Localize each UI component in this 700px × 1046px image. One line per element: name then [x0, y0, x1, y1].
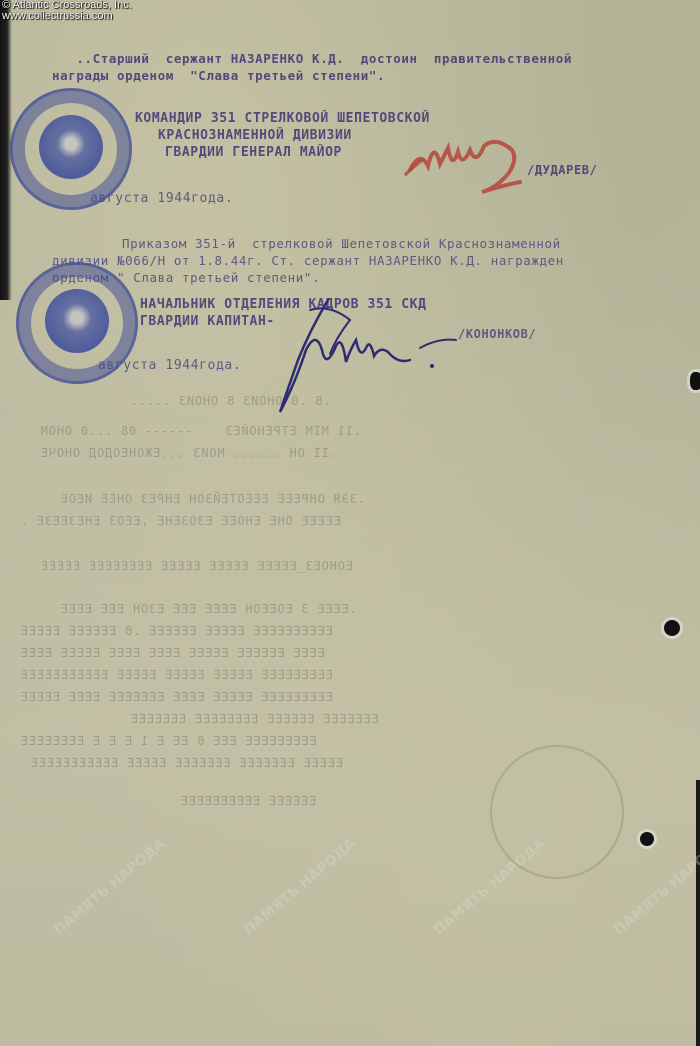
- official-stamp: [10, 88, 132, 210]
- order-line-2: дивизии №066/Н от 1.8.44г. Ст. сержант Н…: [52, 252, 564, 269]
- commander-title-line-1: КОМАНДИР 351 СТРЕЛКОВОЙ ШЕПЕТОВСКОЙ: [135, 110, 430, 127]
- recommendation-line-1: ..Старший сержант НАЗАРЕНКО К.Д. достоин…: [52, 50, 572, 67]
- bleed-through-text: ЕЕЕЕЕЕЕЕЕ ЕЕЕЕЕ ЕЕЕЕЕ ЕЕЕЕЕ ЕЕЕЕЕЕЕЕЕЕЕ: [20, 664, 333, 686]
- official-stamp: [16, 262, 138, 384]
- faint-stamp-mark: [490, 745, 624, 879]
- punch-hole: [664, 620, 680, 636]
- commander-rank: ГВАРДИИ ГЕНЕРАЛ МАЙОР: [165, 144, 342, 161]
- bleed-through-text: .8 .0 ОНОИЗ 8 ОНОИЗ .....: [130, 390, 331, 412]
- bleed-through-text: ЕЕЕЕЕЕЕЕЕ ЕЕЕ 0 ЕЕ Е 1 Е Е Е ЕЕЕЕЕЕЕЕ: [20, 730, 317, 752]
- bleed-through-text: .ЗЭЯ ОНРЕЕЕ ЕЕЕОТЕЙЗОН ЕНРЕЗ ОНЕЕ ИЕОЕ: [60, 488, 365, 510]
- bleed-through-text: ЕОНОЕЗ_ЕЕЕЕЕ ЕЕЕЕЕ ЕЕЕЕЕ ЕЕЕЕЕЕЕЕ ЕЕЕЕЕ: [40, 555, 353, 577]
- recommendation-line-2: награды орденом "Слава третьей степени".: [52, 67, 385, 84]
- site-watermark: ПАМЯТЬ НАРОДА: [52, 837, 169, 939]
- scan-right-edge: [696, 780, 700, 1046]
- bleed-through-text: ЕЕЕЕЕЕЕЕЕ ЕЕЕЕЕ ЕЕЕЕ ЕЕЕЕЕЕЕ ЕЕЕЕ ЕЕЕЕЕ: [20, 686, 333, 708]
- bleed-through-text: ЕЕЕЕЕ ОНЕ ЕНОЕЕ ЕЗОЗЕНЕ ,ЕЕОЗ ЕНЕЗЕЕЗЕ .: [20, 510, 341, 532]
- bleed-through-text: ЕЕЕЕЕЕЕЕЕЕ ЕЕЕЕЕ ЕЕЕЕЕЕ .0 ЕЕЕЕЕЕ ЕЕЕЕЕ: [20, 620, 333, 642]
- stamp-emblem: [39, 115, 103, 179]
- copyright-credit: © Atlantic Crossroads, Inc. www.collectr…: [2, 0, 132, 22]
- bleed-through-text: .11 MIM ЕТРЕНОЙЕЗ ------ 08 ...0 ОНОМ: [40, 420, 361, 442]
- chief-rank: ГВАРДИИ КАПИТАН-: [140, 313, 275, 330]
- bleed-through-text: ЕЕЕЕЕ ЕЕЕЕЕЕЕ ЕЕЕЕЕЕЕ ЕЕЕЕЕ ЕЕЕЕЕЕЕЕЕЕЕ: [30, 752, 343, 774]
- site-watermark: ПАМЯТЬ НАРОДА: [242, 837, 359, 939]
- bleed-through-text: ЕЕЕЕЕЕЕ ЕЕЕЕЕЕ ЕЕЕЕЕЕЕЕ ЕЕЕЕЕЕЕ: [130, 708, 379, 730]
- stamp-emblem: [45, 289, 109, 353]
- punch-hole: [640, 832, 654, 846]
- bleed-through-text: ЕЕЕЕ ЕЕЕЕЕЕ ЕЕЕЕЕ ЕЕЕЕ ЕЕЕЕ ЕЕЕЕЕ ЕЕЕЕ: [20, 642, 325, 664]
- bleed-through-text: .II ОН ...... МОИЗ ...ЕЖОНЕОДОД ОНОЧЕ: [40, 442, 337, 464]
- bleed-through-text: ЕЕЕЕЕЕ ЕЕЕЕЕЕЕЕЕЕ: [180, 790, 316, 812]
- site-watermark: ПАМЯТЬ НАРОДА: [612, 837, 700, 939]
- commander-signature: [400, 130, 540, 200]
- bleed-through-text: .ЕЕЕЕ З ЕОЕЕОН ЕЕЕЕ ЕЕЕ ЕЗОН ЕЕЕ ЕЕЕЕ: [60, 598, 357, 620]
- website-line: www.collectrussia.com: [2, 11, 132, 22]
- document-page: © Atlantic Crossroads, Inc. www.collectr…: [0, 0, 700, 1046]
- punch-hole: [690, 372, 700, 390]
- order-line-1: Приказом 351-й стрелковой Шепетовской Кр…: [122, 235, 561, 252]
- commander-title-line-2: КРАСНОЗНАМЕННОЙ ДИВИЗИИ: [158, 127, 352, 144]
